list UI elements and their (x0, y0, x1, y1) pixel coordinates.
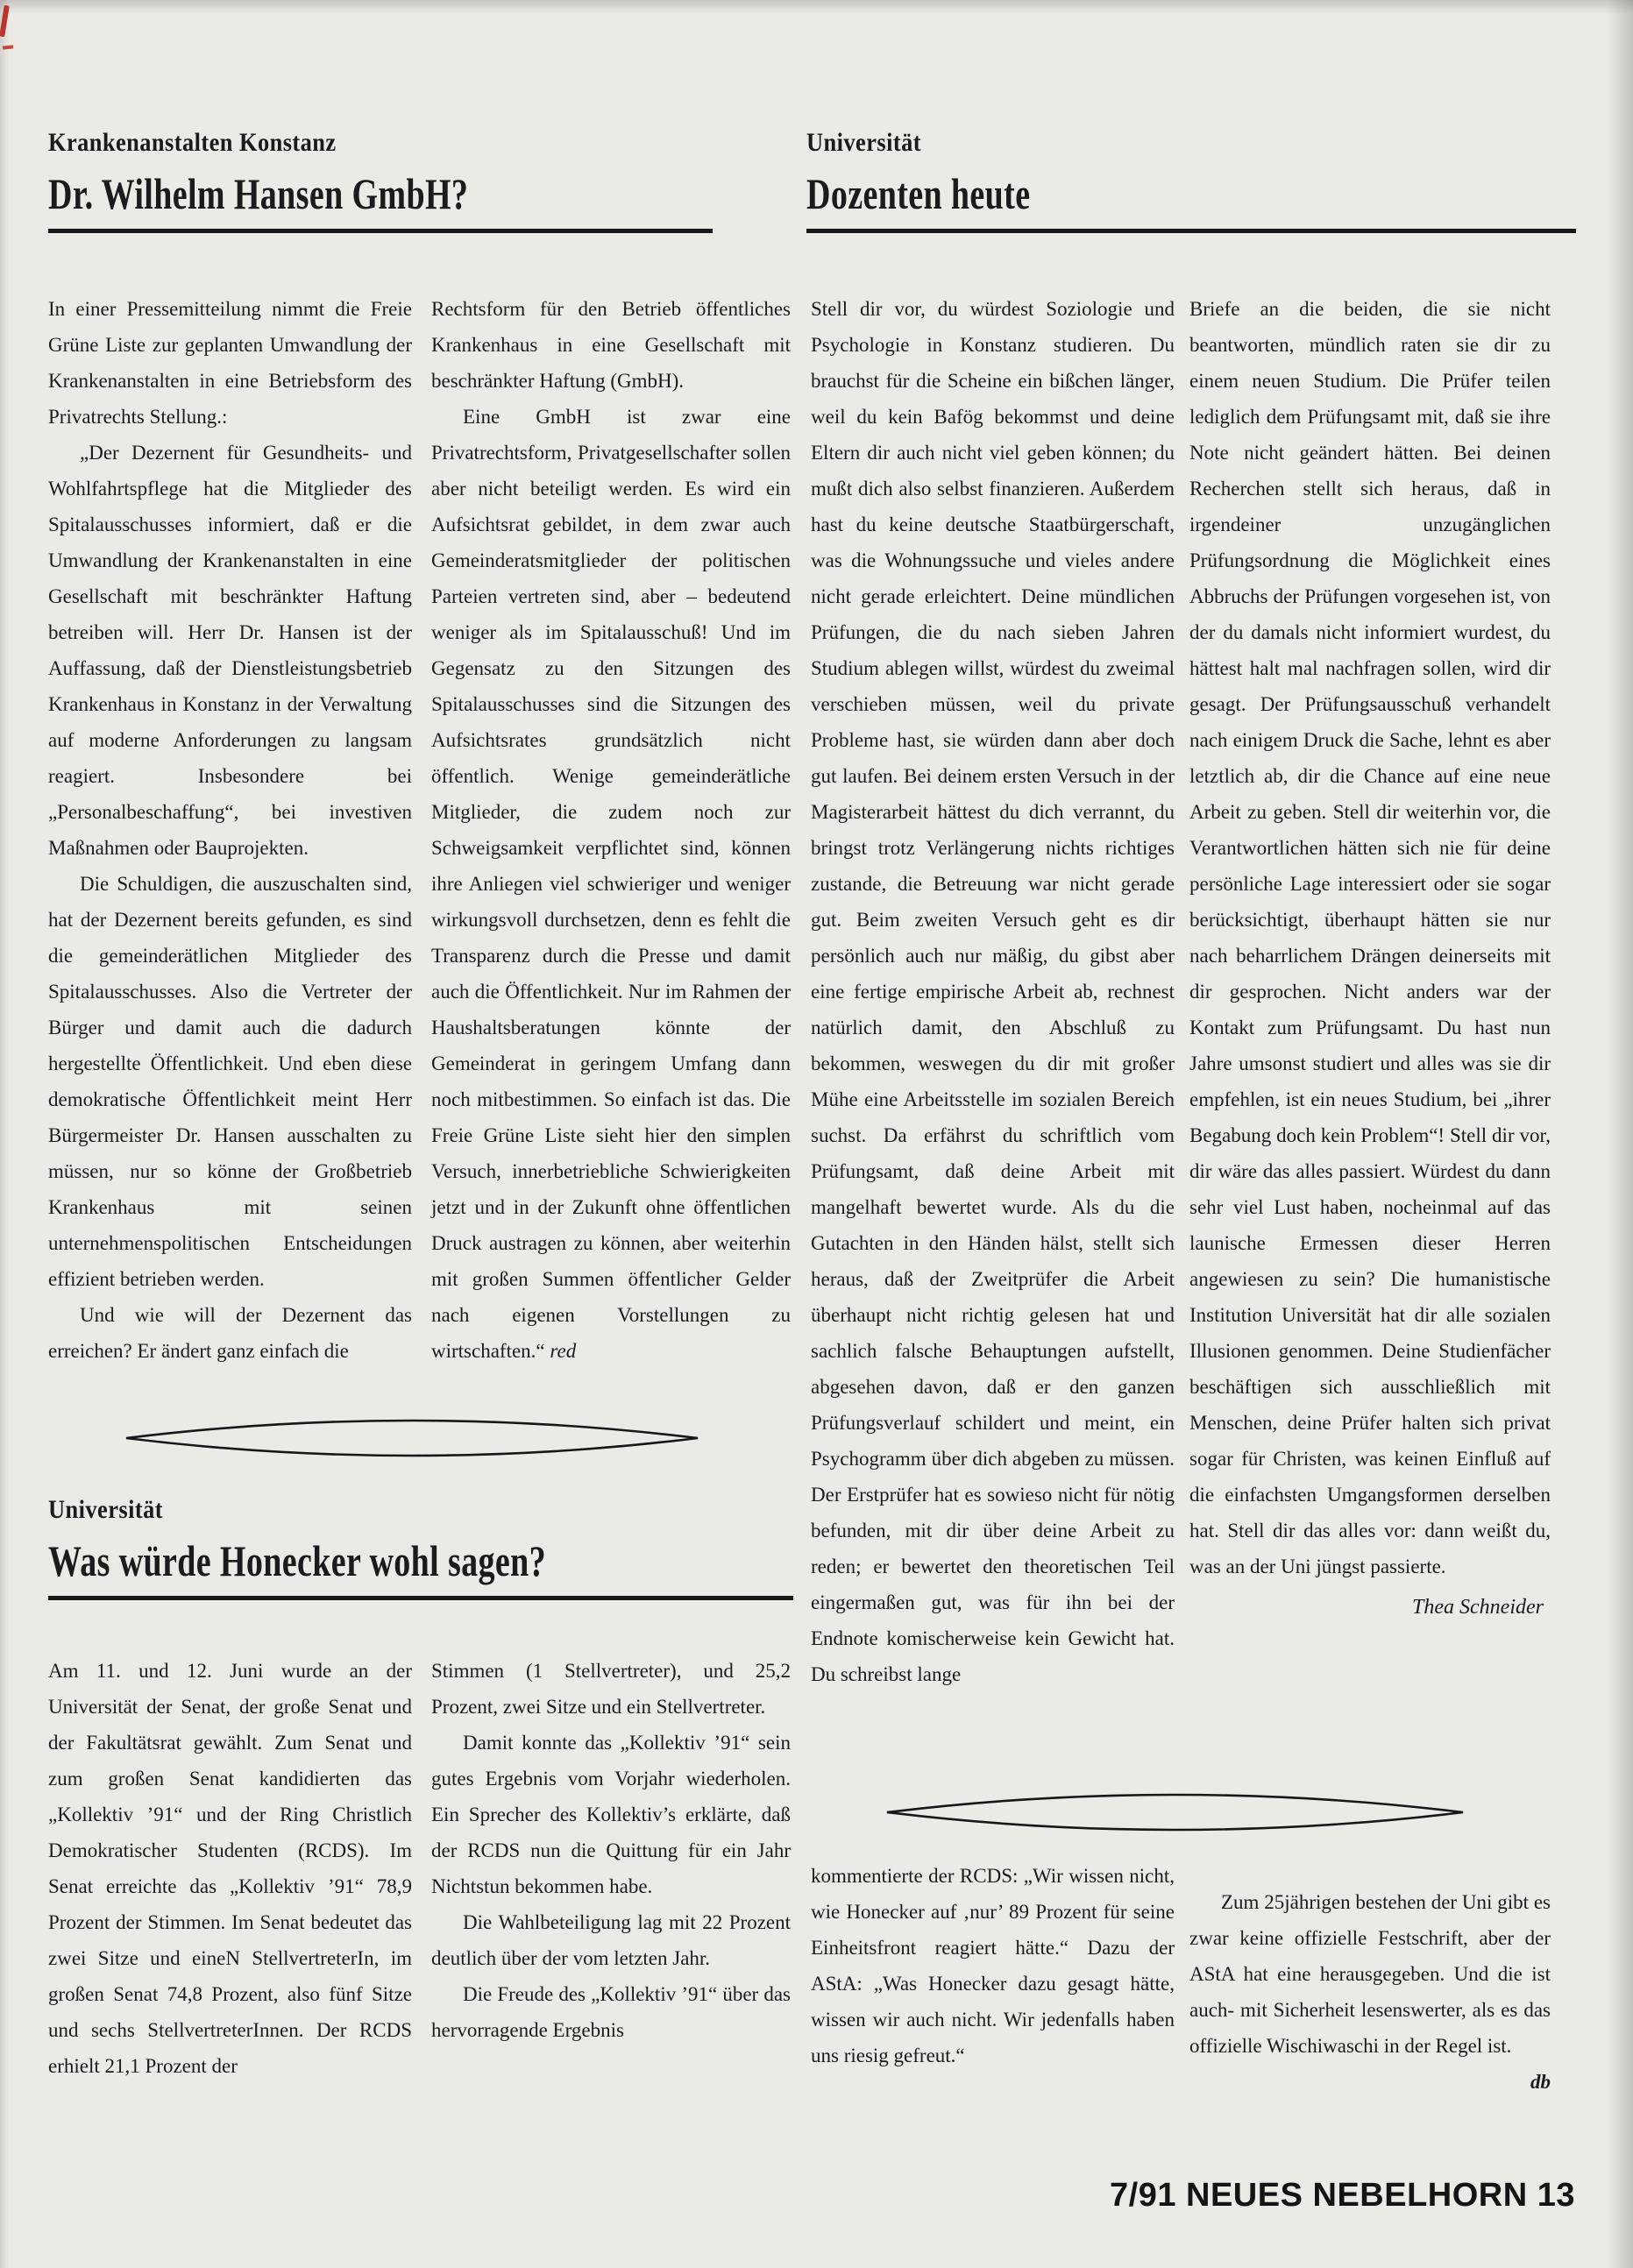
article-header-hansen: Krankenanstalten Konstanz Dr. Wilhelm Ha… (48, 128, 713, 233)
headline-rule (48, 229, 713, 233)
honecker-column-1: Am 11. und 12. Juni wurde an der Univers… (48, 1653, 412, 2084)
author-signature: red (550, 1340, 576, 1362)
page-edge-shadow-left (0, 0, 9, 2268)
page-footer: 7/91 NEUES NEBELHORN 13 (1110, 2177, 1575, 2215)
paragraph: Rechtsform für den Betrieb öffentliches … (431, 291, 791, 399)
lens-divider (884, 1790, 1466, 1835)
author-signature: Thea Schneider (1189, 1590, 1551, 1626)
headline-honecker: Was würde Honecker wohl sagen? (48, 1537, 614, 1584)
hansen-column-2: Rechtsform für den Betrieb öffentliches … (431, 291, 791, 1369)
paragraph: kommentierte der RCDS: „Wir wissen nicht… (811, 1858, 1175, 2073)
paragraph: Die Freude des „Kollektiv ’91“ über das … (431, 1976, 791, 2048)
paragraph-text: Zum 25jährigen bestehen der Uni gibt es … (1189, 1891, 1551, 2057)
proof-mark (3, 45, 13, 49)
paragraph: Und wie will der Dezernent das erreichen… (48, 1297, 412, 1369)
kicker-honecker: Universität (48, 1495, 704, 1525)
dozenten-column-2: Briefe an die beiden, die sie nicht bean… (1189, 291, 1551, 1626)
paragraph: Die Schuldigen, die auszuschalten sind, … (48, 866, 412, 1297)
headline-rule (806, 229, 1576, 233)
page-edge-shadow-right (1607, 0, 1633, 2268)
dozenten-column-2-continuation: Zum 25jährigen bestehen der Uni gibt es … (1189, 1884, 1551, 2100)
headline-rule (48, 1596, 793, 1600)
paragraph: Die Wahlbeteiligung lag mit 22 Prozent d… (431, 1904, 791, 1976)
paragraph: Stimmen (1 Stellvertreter), und 25,2 Pro… (431, 1653, 791, 1725)
article-header-honecker: Universität Was würde Honecker wohl sage… (48, 1495, 793, 1600)
honecker-column-2: Stimmen (1 Stellvertreter), und 25,2 Pro… (431, 1653, 791, 2048)
paragraph-text: Eine GmbH ist zwar eine Privatrechtsform… (431, 406, 791, 1362)
lens-divider (123, 1415, 701, 1461)
kicker-dozenten: Universität (806, 128, 1484, 158)
newspaper-page: Krankenanstalten Konstanz Dr. Wilhelm Ha… (0, 0, 1633, 2268)
dozenten-column-1: Stell dir vor, du würdest Soziologie und… (811, 291, 1175, 1776)
dozenten-column-1-continuation: kommentierte der RCDS: „Wir wissen nicht… (811, 1858, 1175, 2073)
paragraph: Damit konnte das „Kollektiv ’91“ sein gu… (431, 1725, 791, 1904)
paragraph: In einer Pressemitteilung nimmt die Frei… (48, 291, 412, 435)
author-signature: db (1499, 2064, 1551, 2100)
paragraph: Eine GmbH ist zwar eine Privatrechtsform… (431, 399, 791, 1369)
paragraph: „Der Dezernent für Gesundheits- und Wohl… (48, 435, 412, 866)
page-edge-shadow-top (0, 0, 1633, 14)
kicker-hansen: Krankenanstalten Konstanz (48, 128, 633, 158)
article-header-dozenten: Universität Dozenten heute (806, 128, 1576, 233)
paragraph: Am 11. und 12. Juni wurde an der Univers… (48, 1653, 412, 2084)
headline-dozenten: Dozenten heute (806, 170, 1391, 217)
hansen-column-1: In einer Pressemitteilung nimmt die Frei… (48, 291, 412, 1369)
paragraph: Briefe an die beiden, die sie nicht bean… (1189, 291, 1551, 1584)
headline-hansen: Dr. Wilhelm Hansen GmbH? (48, 170, 553, 217)
paragraph: Stell dir vor, du würdest Soziologie und… (811, 291, 1175, 1692)
paragraph: Zum 25jährigen bestehen der Uni gibt es … (1189, 1884, 1551, 2064)
